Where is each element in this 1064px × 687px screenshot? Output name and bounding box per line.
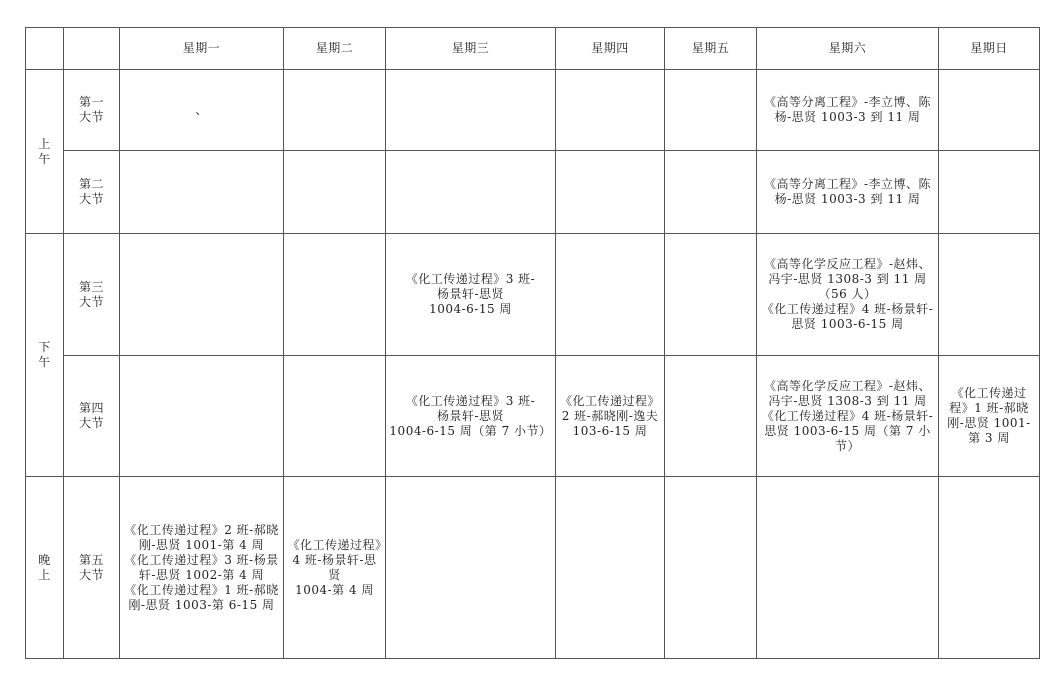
table-row: 上 午 第一 大节 、 《高等分离工程》-李立博、陈杨-思贤 1003-3 到 … bbox=[26, 70, 1040, 151]
period-afternoon: 下 午 bbox=[26, 234, 64, 477]
table-row: 下 午 第三 大节 《化工传递过程》3 班- 杨景轩-思贤 1004-6-15 … bbox=[26, 234, 1040, 356]
course-cell bbox=[665, 356, 757, 477]
table-row: 第二 大节 《高等分离工程》-李立博、陈杨-思贤 1003-3 到 11 周 bbox=[26, 151, 1040, 234]
day-header-fri: 星期五 bbox=[665, 28, 757, 70]
timetable: 星期一 星期二 星期三 星期四 星期五 星期六 星期日 上 午 第一 大节 、 … bbox=[25, 27, 1040, 659]
course-cell bbox=[120, 234, 284, 356]
course-cell bbox=[386, 477, 556, 659]
course-cell: 、 bbox=[120, 70, 284, 151]
table-row: 第四 大节 《化工传递过程》3 班- 杨景轩-思贤 1004-6-15 周（第 … bbox=[26, 356, 1040, 477]
course-cell: 《高等化学反应工程》-赵炜、冯宇-思贤 1308-3 到 11 周 《化工传递过… bbox=[757, 356, 939, 477]
course-cell: 《高等分离工程》-李立博、陈杨-思贤 1003-3 到 11 周 bbox=[757, 151, 939, 234]
course-cell bbox=[665, 70, 757, 151]
course-cell bbox=[120, 356, 284, 477]
period-evening: 晚 上 bbox=[26, 477, 64, 659]
course-cell bbox=[757, 477, 939, 659]
slot-label: 第二 大节 bbox=[64, 151, 120, 234]
course-cell bbox=[665, 151, 757, 234]
course-cell bbox=[284, 234, 386, 356]
day-header-sun: 星期日 bbox=[939, 28, 1040, 70]
course-cell bbox=[284, 151, 386, 234]
course-cell: 《高等分离工程》-李立博、陈杨-思贤 1003-3 到 11 周 bbox=[757, 70, 939, 151]
course-cell bbox=[556, 234, 665, 356]
slot-label: 第五 大节 bbox=[64, 477, 120, 659]
course-cell bbox=[284, 70, 386, 151]
course-cell: 《化工传递过程》2 班-郝晓刚-思贤 1001-第 4 周 《化工传递过程》3 … bbox=[120, 477, 284, 659]
course-cell bbox=[120, 151, 284, 234]
course-cell: 《化工传递过程》3 班- 杨景轩-思贤 1004-6-15 周 bbox=[386, 234, 556, 356]
header-row: 星期一 星期二 星期三 星期四 星期五 星期六 星期日 bbox=[26, 28, 1040, 70]
course-cell bbox=[939, 151, 1040, 234]
course-cell bbox=[939, 70, 1040, 151]
course-cell bbox=[665, 477, 757, 659]
course-cell bbox=[556, 70, 665, 151]
corner-period bbox=[26, 28, 64, 70]
corner-slot bbox=[64, 28, 120, 70]
course-cell: 《化工传递过程》2 班-郝晓刚-逸夫 103-6-15 周 bbox=[556, 356, 665, 477]
course-cell bbox=[284, 356, 386, 477]
course-cell bbox=[939, 477, 1040, 659]
course-cell bbox=[386, 151, 556, 234]
table-row: 晚 上 第五 大节 《化工传递过程》2 班-郝晓刚-思贤 1001-第 4 周 … bbox=[26, 477, 1040, 659]
day-header-thu: 星期四 bbox=[556, 28, 665, 70]
slot-label: 第三 大节 bbox=[64, 234, 120, 356]
course-cell: 《化工传递过程》1 班-郝晓刚-思贤 1001-第 3 周 bbox=[939, 356, 1040, 477]
course-cell bbox=[939, 234, 1040, 356]
course-cell bbox=[665, 234, 757, 356]
period-morning: 上 午 bbox=[26, 70, 64, 234]
slot-label: 第一 大节 bbox=[64, 70, 120, 151]
day-header-wed: 星期三 bbox=[386, 28, 556, 70]
course-cell bbox=[556, 151, 665, 234]
course-cell: 《化工传递过程》3 班- 杨景轩-思贤 1004-6-15 周（第 7 小节） bbox=[386, 356, 556, 477]
day-header-tue: 星期二 bbox=[284, 28, 386, 70]
day-header-sat: 星期六 bbox=[757, 28, 939, 70]
course-cell: 《化工传递过程》4 班-杨景轩-思贤 1004-第 4 周 bbox=[284, 477, 386, 659]
slot-label: 第四 大节 bbox=[64, 356, 120, 477]
course-cell bbox=[556, 477, 665, 659]
course-cell: 《高等化学反应工程》-赵炜、冯宇-思贤 1308-3 到 11 周（56 人） … bbox=[757, 234, 939, 356]
day-header-mon: 星期一 bbox=[120, 28, 284, 70]
course-cell bbox=[386, 70, 556, 151]
